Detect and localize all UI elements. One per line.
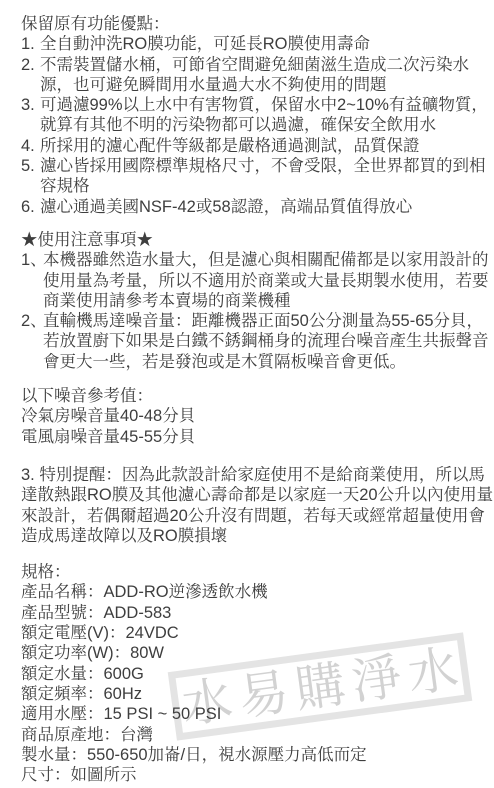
notice-item-2: 2、直輸機馬達噪音量：距離機器正面50公分測量為55-65分貝， <box>21 311 480 331</box>
feature-item-4: 4.所採用的濾心配件等級都是嚴格通過測試，品質保證 <box>21 136 480 156</box>
feature-item-3: 3.可過濾99%以上水中有害物質，保留水中2~10%有益礦物質， <box>21 95 480 115</box>
special-note-line: 3. 特別提醒：因為此款設計給家庭使用不是給商業使用，所以馬 <box>21 465 480 485</box>
spec-dimensions: 尺寸：如圖所示 <box>21 765 480 785</box>
item-number: 6. <box>21 197 40 217</box>
notice-item-1-cont: 使用量為考量，所以不適用於商業或大量長期製水使用，若要 <box>21 271 480 291</box>
feature-item-3-cont: 就算有其他不明的污染物都可以過濾，確保安全飲用水 <box>21 115 480 135</box>
section-usage-notice: ★使用注意事項★ 1、本機器雖然造水量大，但是濾心與相關配備都是以家用設計的 使… <box>21 230 480 372</box>
notice-item-1-cont: 商業使用請參考本賣場的商業機種 <box>21 291 480 311</box>
spec-rated-frequency: 額定頻率：60Hz <box>21 684 480 704</box>
item-text: 所採用的濾心配件等級都是嚴格通過測試，品質保證 <box>40 137 420 155</box>
feature-item-5: 5.濾心皆採用國際標準規格尺寸，不會受限，全世界都買的到相 <box>21 156 480 176</box>
notice-item-1: 1、本機器雖然造水量大，但是濾心與相關配備都是以家用設計的 <box>21 250 480 270</box>
item-number: 3. <box>21 95 40 115</box>
spec-output: 製水量：550-650加崙/日，視水源壓力高低而定 <box>21 745 480 765</box>
noise-reference-value: 電風扇噪音量45-55分貝 <box>21 427 480 447</box>
item-number: 5. <box>21 156 40 176</box>
notice-item-2-cont: 若放置廚下如果是白鐵不銹鋼桶身的流理台噪音產生共振聲音 <box>21 331 480 351</box>
spec-product-name: 產品名稱：ADD-RO逆滲透飲水機 <box>21 582 480 602</box>
notice-item-2-cont: 會更大一些，若是發泡或是木質隔板噪音會更低。 <box>21 352 480 372</box>
item-text: 本機器雖然造水量大，但是濾心與相關配備都是以家用設計的 <box>43 251 489 269</box>
item-text: 可過濾99%以上水中有害物質，保留水中2~10%有益礦物質， <box>40 96 488 114</box>
section-special-note: 3. 特別提醒：因為此款設計給家庭使用不是給商業使用，所以馬 達散熱跟RO膜及其… <box>21 465 480 546</box>
spec-rated-capacity: 額定水量：600G <box>21 664 480 684</box>
features-title: 保留原有功能優點： <box>21 14 480 34</box>
feature-item-6: 6.濾心通過美國NSF-42或58認證，高端品質值得放心 <box>21 197 480 217</box>
specs-title: 規格： <box>21 562 480 582</box>
spec-origin: 商品原產地：台灣 <box>21 725 480 745</box>
item-number: 2. <box>21 55 40 75</box>
item-number: 1. <box>21 34 40 54</box>
feature-item-5-cont: 容規格 <box>21 176 480 196</box>
section-features: 保留原有功能優點： 1.全自動沖洗RO膜功能，可延長RO膜使用壽命 2.不需裝置… <box>21 14 480 217</box>
item-number: 2、 <box>21 311 43 331</box>
noise-reference-value: 冷氣房噪音量40-48分貝 <box>21 406 480 426</box>
section-specifications: 規格： 產品名稱：ADD-RO逆滲透飲水機 產品型號：ADD-583 額定電壓(… <box>21 562 480 785</box>
feature-item-2-cont: 源，也可避免瞬間用水量過大水不夠使用的問題 <box>21 75 480 95</box>
item-text: 直輸機馬達噪音量：距離機器正面50公分測量為55-65分貝， <box>43 312 483 330</box>
feature-item-2: 2.不需裝置儲水桶，可節省空間避免細菌滋生造成二次污染水 <box>21 55 480 75</box>
item-text: 全自動沖洗RO膜功能，可延長RO膜使用壽命 <box>40 35 370 53</box>
special-note-line: 達散熱跟RO膜及其他濾心壽命都是以家庭一天20公升以內使用量 <box>21 485 480 505</box>
special-note-line: 造成馬達故障以及RO膜損壞 <box>21 526 480 546</box>
spec-model-number: 產品型號：ADD-583 <box>21 603 480 623</box>
spec-rated-power: 額定功率(W)：80W <box>21 643 480 663</box>
section-noise-reference: 以下噪音參考值： 冷氣房噪音量40-48分貝 電風扇噪音量45-55分貝 <box>21 386 480 447</box>
item-number: 1、 <box>21 250 43 270</box>
notice-title: ★使用注意事項★ <box>21 230 480 250</box>
item-text: 濾心皆採用國際標準規格尺寸，不會受限，全世界都買的到相 <box>40 157 486 175</box>
item-number: 4. <box>21 136 40 156</box>
spec-rated-voltage: 額定電壓(V)：24VDC <box>21 623 480 643</box>
feature-item-1: 1.全自動沖洗RO膜功能，可延長RO膜使用壽命 <box>21 34 480 54</box>
special-note-line: 來設計，若偶爾超過20公升沒有問題，若每天或經常超量使用會 <box>21 506 480 526</box>
spec-water-pressure: 適用水壓：15 PSI ~ 50 PSI <box>21 704 480 724</box>
item-text: 濾心通過美國NSF-42或58認證，高端品質值得放心 <box>40 198 412 216</box>
item-text: 不需裝置儲水桶，可節省空間避免細菌滋生造成二次污染水 <box>40 56 469 74</box>
product-description: 保留原有功能優點： 1.全自動沖洗RO膜功能，可延長RO膜使用壽命 2.不需裝置… <box>0 0 494 785</box>
noise-reference-title: 以下噪音參考值： <box>21 386 480 406</box>
